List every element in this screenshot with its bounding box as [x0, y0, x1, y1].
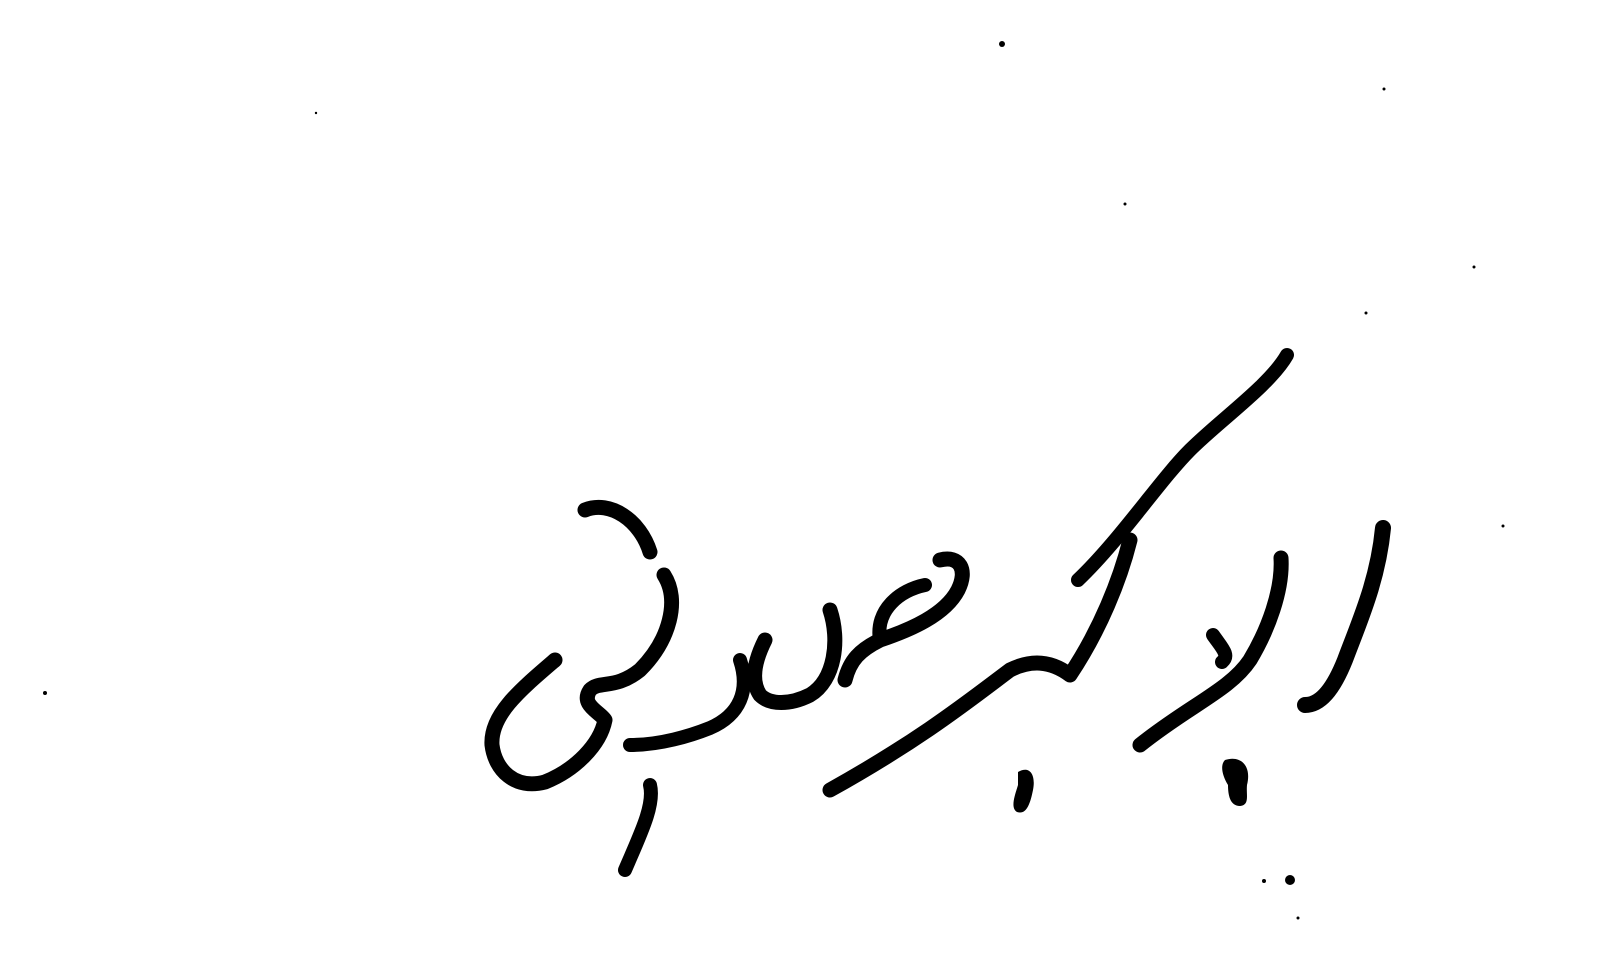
signature-strokes [0, 0, 1600, 960]
calligraphy-canvas: ابوبکر صدیق [0, 0, 1600, 960]
